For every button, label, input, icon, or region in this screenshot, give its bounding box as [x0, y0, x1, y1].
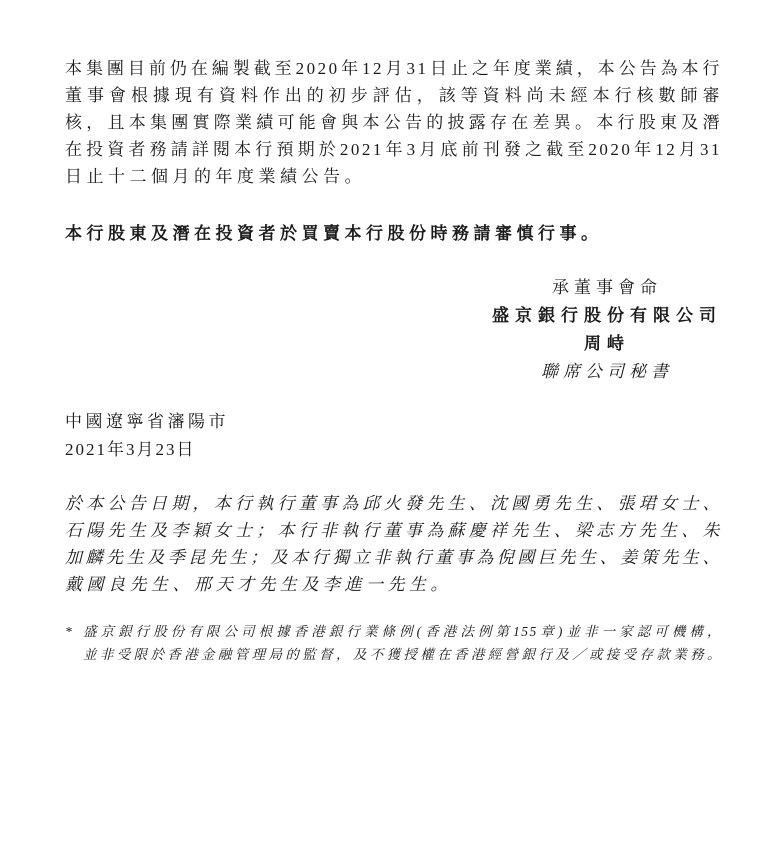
date-line: 2021年3月23日 [65, 436, 722, 464]
caution-statement: 本行股東及潛在投資者於買賣本行股份時務請審慎行事。 [65, 220, 722, 247]
directors-paragraph: 於本公告日期，本行執行董事為邱火發先生、沈國勇先生、張珺女士、 石陽先生及李穎女… [65, 490, 722, 598]
paragraph-line: 石陽先生及李穎女士；本行非執行董事為蘇慶祥先生、梁志方先生、朱 [65, 517, 722, 544]
footnote-line: 盛京銀行股份有限公司根據香港銀行業條例(香港法例第155章)並非一家認可機構， [83, 620, 722, 643]
paragraph-line: 戴國良先生、邢天才先生及李進一先生。 [65, 571, 722, 598]
preliminary-results-paragraph: 本集團目前仍在編製截至2020年12月31日止之年度業績，本公告為本行 董事會根… [65, 55, 722, 190]
by-order-of-board-line: 承董事會命 [492, 274, 722, 302]
secretary-title: 聯席公司秘書 [492, 358, 722, 386]
company-name: 盛京銀行股份有限公司 [492, 302, 722, 330]
footnote-text: 盛京銀行股份有限公司根據香港銀行業條例(香港法例第155章)並非一家認可機構， … [83, 620, 722, 666]
paragraph-line: 加麟先生及季昆先生；及本行獨立非執行董事為倪國巨先生、姜策先生、 [65, 544, 722, 571]
signature-block: 承董事會命 盛京銀行股份有限公司 周峙 聯席公司秘書 [492, 274, 722, 386]
paragraph-line: 董事會根據現有資料作出的初步評估，該等資料尚未經本行核數師審 [65, 82, 722, 109]
footnote-asterisk-marker: * [65, 620, 83, 666]
document-body: 本集團目前仍在編製截至2020年12月31日止之年度業績，本公告為本行 董事會根… [0, 0, 763, 666]
paragraph-line: 本集團目前仍在編製截至2020年12月31日止之年度業績，本公告為本行 [65, 55, 722, 82]
place-date-block: 中國遼寧省瀋陽市 2021年3月23日 [65, 408, 722, 464]
announcement-page: 本集團目前仍在編製截至2020年12月31日止之年度業績，本公告為本行 董事會根… [0, 0, 763, 850]
secretary-name: 周峙 [492, 330, 722, 358]
regulatory-footnote: * 盛京銀行股份有限公司根據香港銀行業條例(香港法例第155章)並非一家認可機構… [65, 620, 722, 666]
place-line: 中國遼寧省瀋陽市 [65, 408, 722, 436]
paragraph-line: 日止十二個月的年度業績公告。 [65, 163, 722, 190]
footnote-line: 並非受限於香港金融管理局的監督，及不獲授權在香港經營銀行及／或接受存款業務。 [83, 643, 722, 666]
paragraph-line: 在投資者務請詳閱本行預期於2021年3月底前刊發之截至2020年12月31 [65, 136, 722, 163]
paragraph-line: 於本公告日期，本行執行董事為邱火發先生、沈國勇先生、張珺女士、 [65, 490, 722, 517]
paragraph-line: 核，且本集團實際業績可能會與本公告的披露存在差異。本行股東及潛 [65, 109, 722, 136]
